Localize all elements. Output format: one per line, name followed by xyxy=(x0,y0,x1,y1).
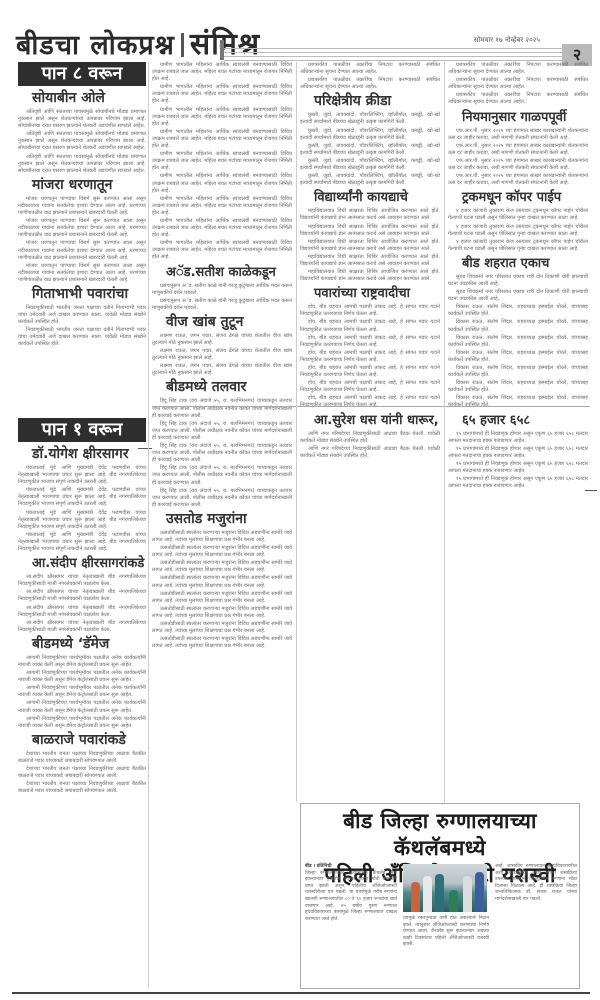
story-body: हिंदू सिंह टाक (वय अंदाजे ५५, रा. बलभिमन… xyxy=(152,398,292,419)
story-body: आगामी निवडणुकीच्या पार्श्वभूमीवर पक्षाती… xyxy=(18,685,146,699)
story-headline: ट्रकमधून कॉपर पाईप xyxy=(462,189,588,206)
column-1-bottom: पान १ वरून डॉ.योगेश क्षीरसागर पंकजाताई म… xyxy=(18,418,146,988)
story-body: ग्रामीण भागातील महिलांना आर्थिक स्वावलंब… xyxy=(152,107,292,128)
photo-figure xyxy=(449,890,458,912)
feature-column-3: आहे. शासकीय रुग्णालयात हृदयविकारावरील अश… xyxy=(495,864,577,904)
story-body: विकास राऊत, संतोष शिंदार, शहराध्यक्ष इस्… xyxy=(448,395,588,409)
feature-text: त्यामुळे रक्तपुरवठा कमी होत असल्याचे निद… xyxy=(403,916,489,949)
story-body: हिंदू सिंह टाक (वय अंदाजे ५५, रा. बलभिमन… xyxy=(152,488,292,509)
story-body: लक्ष्मण राऊत, जगन पवार, संजय ढेंगळे यांच… xyxy=(152,363,292,377)
story-body: ऊसतोडीसाठी स्थलांतर करणाऱ्या मजुरांना वि… xyxy=(152,606,292,620)
story-body: होय, बीड शहरात आमची पक्षाची ताकद आहे, हे… xyxy=(300,395,440,409)
story-body: प्रशासकीय पातळीवर तक्रारींचा निपटारा करण… xyxy=(448,77,588,91)
story-body: होय, बीड शहरात आमची पक्षाची ताकद आहे, हे… xyxy=(300,350,440,364)
column-2: ग्रामीण भागातील महिलांना आर्थिक स्वावलंब… xyxy=(152,62,292,992)
feature-story-box: बीड जिल्हा रुग्णालयाच्या कॅथलॅबमध्ये पहि… xyxy=(300,803,580,989)
story-body: ऊसतोडीसाठी स्थलांतर करणाऱ्या मजुरांना वि… xyxy=(152,636,292,650)
story-body: ग्रामीण भागातील महिलांना आर्थिक स्वावलंब… xyxy=(152,62,292,83)
feature-body: बीड । प्रतिनिधी जिल्हा रुग्णालयातील अत्य… xyxy=(305,864,575,982)
story-body: ग्रामीण भागातील महिलांना आर्थिक स्वावलंब… xyxy=(152,129,292,150)
story-body: पंकजाताई मुंडे आणि मुख्यमंत्री देवेंद्र … xyxy=(18,487,146,508)
story-body: प्रसंगानुरूप अॅड. सतीश काळे यांनी गरजू क… xyxy=(152,283,292,297)
story-body: सुरुड शिवकर्मा नगर परिसरात एकाच रात्री द… xyxy=(448,289,588,303)
photo-figure xyxy=(435,874,444,912)
column-rule xyxy=(296,62,297,802)
story-headline: बाळराजे पवारांकडे xyxy=(32,732,146,749)
masthead: बीडचा लोकप्रश्नसंमिश्र सोमवार १७ नोव्हें… xyxy=(12,18,592,56)
story-body: आ.संदीप क्षीरसागर यांच्या नेतृत्वाखाली ब… xyxy=(18,605,146,619)
story-body: आ.संदीप क्षीरसागर यांच्या नेतृत्वाखाली ब… xyxy=(18,589,146,603)
story-body: १५ प्रभागांमध्ये ही निवडणूक होणार असून ए… xyxy=(448,476,588,490)
story-body: आणि नगर परिषदेच्या निवडणुकीसाठी आढावा बै… xyxy=(300,446,440,460)
story-body: एफ.आर.पी. नुसार २०२५ च्या हंगामात साखर क… xyxy=(448,143,588,157)
story-headline: मांजरा धरणातून xyxy=(32,177,146,194)
story-body: विकास राऊत, संतोष शिंदार, शहराध्यक्ष इस्… xyxy=(448,350,588,364)
story-body: होय, बीड शहरात आमची पक्षाची ताकद आहे, हे… xyxy=(300,304,440,318)
story-body: पंकजाताई मुंडे आणि मुख्यमंत्री देवेंद्र … xyxy=(18,510,146,531)
story-headline: अॅड.सतीश काळेकडून xyxy=(166,264,292,281)
column-rule xyxy=(444,62,445,802)
story-headline: विद्यार्थ्यांनी कायद्याचे xyxy=(314,189,440,206)
story-body: विकास राऊत, संतोष शिंदार, शहराध्यक्ष इस्… xyxy=(448,380,588,394)
feature-column-1: बीड । प्रतिनिधी जिल्हा रुग्णालयातील अत्य… xyxy=(305,864,397,923)
story-body: ग्रामीण भागातील महिलांना आर्थिक स्वावलंब… xyxy=(152,173,292,194)
story-body: महाविद्यालयात विधी साक्षरता शिबिर आयोजित… xyxy=(300,208,440,222)
story-body: आगामी निवडणुकीच्या पार्श्वभूमीवर पक्षाती… xyxy=(18,700,146,714)
story-body: प्रशासकीय पातळीवर तक्रारींचा निपटारा करण… xyxy=(448,62,588,76)
story-headline: गिताभाभी पवारांचा xyxy=(32,286,146,303)
story-body: देशाच्या भारतीय जनता पक्षाच्या निवडणुकीच… xyxy=(18,766,146,780)
column-rule xyxy=(148,62,149,988)
story-body: प्रशासकीय पातळीवर तक्रारींचा निपटारा करण… xyxy=(448,92,588,106)
story-body: एफ.आर.पी. नुसार २०२५ च्या हंगामात साखर क… xyxy=(448,158,588,172)
column-4: प्रशासकीय पातळीवर तक्रारींचा निपटारा करण… xyxy=(448,62,588,802)
column-divider-short xyxy=(138,448,152,449)
story-body: होय, बीड शहरात आमची पक्षाची ताकद आहे, हे… xyxy=(300,380,440,394)
continued-banner-page1: पान १ वरून xyxy=(18,418,146,442)
issue-date: सोमवार १७ नोव्हेंबर २०२५ xyxy=(474,36,540,45)
story-body: होय, बीड शहरात आमची पक्षाची ताकद आहे, हे… xyxy=(300,335,440,349)
feature-headline-line1: बीड जिल्हा रुग्णालयाच्या कॅथलॅबमध्ये xyxy=(301,808,579,862)
story-body: विकास राऊत, संतोष शिंदार, शहराध्यक्ष इस्… xyxy=(448,335,588,349)
story-body: प्रशासकीय पातळीवर तक्रारींचा निपटारा करण… xyxy=(300,77,440,91)
story-body: ऊसतोडीसाठी स्थलांतर करणाऱ्या मजुरांना वि… xyxy=(152,560,292,574)
story-headline: आ.सुरेश धस यांनी धारूर, xyxy=(314,412,440,429)
story-body: ग्रामीण भागातील महिलांना आर्थिक स्वावलंब… xyxy=(152,218,292,239)
story-body: महाविद्यालयात विधी साक्षरता शिबिर आयोजित… xyxy=(300,269,440,283)
story-headline: परिक्षेत्रीय क्रीडा xyxy=(314,93,440,110)
story-body: लक्ष्मण राऊत, जगन पवार, संजय ढेंगळे यांच… xyxy=(152,333,292,347)
story-body: आ.संदीप क्षीरसागर यांच्या नेतृत्वाखाली ब… xyxy=(18,574,146,588)
story-body: देशाच्या भारतीय जनता पक्षाच्या निवडणुकीच… xyxy=(18,751,146,765)
story-body: निवडणुकीसाठी भारतीय जनता पक्षाच्या वतीने… xyxy=(18,305,146,326)
photo-figure xyxy=(411,882,420,912)
story-body: मांजरा धरणातून पाण्याचा विसर्ग सुरू करण्… xyxy=(18,240,146,261)
story-body: महाविद्यालयात विधी साक्षरता शिबिर आयोजित… xyxy=(300,224,440,238)
feature-column-2: त्यामुळे रक्तपुरवठा कमी होत असल्याचे निद… xyxy=(403,916,489,949)
story-body: ग्रामीण भागातील महिलांना आर्थिक स्वावलंब… xyxy=(152,196,292,217)
story-body: विकास राऊत, संतोष शिंदार, शहराध्यक्ष इस्… xyxy=(448,319,588,333)
story-body: आगामी निवडणुकीच्या पार्श्वभूमीवर पक्षाती… xyxy=(18,670,146,684)
story-body: ऊसतोडीसाठी स्थलांतर करणाऱ्या मजुरांना वि… xyxy=(152,621,292,635)
story-body: हिंदू सिंह टाक (वय अंदाजे ५५, रा. बलभिमन… xyxy=(152,465,292,486)
story-body: कुस्ती, जुडो, तायक्वांदो, पॉवरलिफ्टिंग, … xyxy=(300,173,440,187)
story-body: प्रशासकीय पातळीवर तक्रारींचा निपटारा करण… xyxy=(300,62,440,76)
story-body: विकास राऊत, संतोष शिंदार, शहराध्यक्ष इस्… xyxy=(448,304,588,318)
section-divider xyxy=(152,406,590,407)
story-headline: डॉ.योगेश क्षीरसागर xyxy=(32,446,146,463)
story-body: आणि नगर परिषदेच्या निवडणुकीसाठी आढावा बै… xyxy=(300,431,440,445)
newspaper-name: बीडचा लोकप्रश्न xyxy=(16,30,175,61)
story-body: ग्रामीण भागातील महिलांना आर्थिक स्वावलंब… xyxy=(152,84,292,105)
story-body: होय, बीड शहरात आमची पक्षाची ताकद आहे, हे… xyxy=(300,319,440,333)
story-body: होय, बीड शहरात आमची पक्षाची ताकद आहे, हे… xyxy=(300,365,440,379)
page-bottom-rule xyxy=(12,992,590,994)
story-body: एफ.आर.पी. नुसार २०२५ च्या हंगामात साखर क… xyxy=(448,173,588,187)
story-body: महाविद्यालयात विधी साक्षरता शिबिर आयोजित… xyxy=(300,254,440,268)
story-body: ग्रामीण भागातील महिलांना आर्थिक स्वावलंब… xyxy=(152,151,292,172)
story-headline: वीज खांब तुटून xyxy=(166,314,292,331)
story-body: ग्रामीण भागातील महिलांना आर्थिक स्वावलंब… xyxy=(152,240,292,261)
story-body: ऊसतोडीसाठी स्थलांतर करणाऱ्या मजुरांना वि… xyxy=(152,530,292,544)
hospital-team-photo xyxy=(403,864,487,912)
photo-figure xyxy=(463,876,472,912)
story-body: हिंदू सिंह टाक (वय अंदाजे ५५, रा. बलभिमन… xyxy=(152,421,292,442)
story-headline: पवारांच्या राष्ट्रवादीचा xyxy=(314,285,440,302)
photo-figure xyxy=(423,876,432,912)
story-body: आगामी निवडणुकीच्या पार्श्वभूमीवर पक्षाती… xyxy=(18,655,146,669)
story-body: अतिवृष्टी आणि सततच्या पावसामुळे सोयाबीनच… xyxy=(18,109,146,130)
story-body: निवडणुकीसाठी भारतीय जनता पक्षाच्या वतीने… xyxy=(18,327,146,348)
story-body: आ.संदीप क्षीरसागर यांच्या नेतृत्वाखाली ब… xyxy=(18,620,146,634)
story-body: अतिवृष्टी आणि सततच्या पावसामुळे सोयाबीनच… xyxy=(18,131,146,152)
story-headline: उसतोड मजुरांना xyxy=(166,511,292,528)
masthead-rules xyxy=(224,48,592,62)
column-divider-short xyxy=(585,490,597,491)
story-headline: बीडमध्ये ‘डॅमेज xyxy=(32,636,146,653)
story-body: लक्ष्मण राऊत, जगन पवार, संजय ढेंगळे यांच… xyxy=(152,348,292,362)
story-headline: सोयाबीन ओले xyxy=(32,90,146,107)
photo-figure xyxy=(475,872,484,912)
story-body: ४ हजार कांजारी तुकाराम केज रस्त्यावर ट्र… xyxy=(448,224,588,238)
story-headline: नियमानुसार गाळपपूर्वी xyxy=(462,109,588,126)
story-body: पंकजाताई मुंडे आणि मुख्यमंत्री देवेंद्र … xyxy=(18,532,146,553)
story-body: ऊसतोडीसाठी स्थलांतर करणाऱ्या मजुरांना वि… xyxy=(152,575,292,589)
story-body: अतिवृष्टी आणि सततच्या पावसामुळे सोयाबीनच… xyxy=(18,154,146,175)
story-body: मांजरा धरणातून पाण्याचा विसर्ग सुरू करण्… xyxy=(18,263,146,284)
story-body: ऊसतोडीसाठी स्थलांतर करणाऱ्या मजुरांना वि… xyxy=(152,545,292,559)
story-body: हिंदू सिंह टाक (वय अंदाजे ५५, रा. बलभिमन… xyxy=(152,443,292,464)
story-body: आगामी निवडणुकीच्या पार्श्वभूमीवर पक्षाती… xyxy=(18,716,146,730)
column-1-top: पान ८ वरून सोयाबीन ओले अतिवृष्टी आणि सतत… xyxy=(18,62,146,392)
story-body: महाविद्यालयात विधी साक्षरता शिबिर आयोजित… xyxy=(300,239,440,253)
story-body: १५ प्रभागांमध्ये ही निवडणूक होणार असून ए… xyxy=(448,461,588,475)
story-body: विकास राऊत, संतोष शिंदार, शहराध्यक्ष इस्… xyxy=(448,365,588,379)
story-headline: बीड शहरात एकाच xyxy=(462,255,588,272)
story-body: मांजरा धरणातून पाण्याचा विसर्ग सुरू करण्… xyxy=(18,218,146,239)
story-body: प्रसंगानुरूप अॅड. सतीश काळे यांनी गरजू क… xyxy=(152,298,292,312)
story-headline: आ.संदीप क्षीरसागरांकडे xyxy=(32,555,146,572)
continued-banner-page8: पान ८ वरून xyxy=(18,62,146,86)
story-body: एफ.आर.पी. नुसार २०२५ च्या हंगामात साखर क… xyxy=(448,128,588,142)
story-body: देशाच्या भारतीय जनता पक्षाच्या निवडणुकीच… xyxy=(18,781,146,795)
story-body: कुस्ती, जुडो, तायक्वांदो, पॉवरलिफ्टिंग, … xyxy=(300,158,440,172)
story-body: ऊसतोडीसाठी स्थलांतर करणाऱ्या मजुरांना वि… xyxy=(152,591,292,605)
feature-text: जिल्हा रुग्णालयातील अत्याधुनिक कॅथलॅब सु… xyxy=(305,871,397,924)
story-body: ४ हजार कांजारी तुकाराम केज रस्त्यावर ट्र… xyxy=(448,208,588,222)
story-body: कुस्ती, जुडो, तायक्वांदो, पॉवरलिफ्टिंग, … xyxy=(300,128,440,142)
feature-text: आहे. शासकीय रुग्णालयात हृदयविकारावरील अश… xyxy=(495,864,577,904)
masthead-divider xyxy=(181,33,184,57)
story-headline: ६५ हजार ६५८ xyxy=(462,412,588,429)
column-3: प्रशासकीय पातळीवर तक्रारींचा निपटारा करण… xyxy=(300,62,440,802)
story-body: मांजरा धरणातून पाण्याचा विसर्ग सुरू करण्… xyxy=(18,196,146,217)
story-headline: बीडमध्ये तलवार xyxy=(166,379,292,396)
dateline: बीड । प्रतिनिधी xyxy=(305,864,397,871)
story-body: कुस्ती, जुडो, तायक्वांदो, पॉवरलिफ्टिंग, … xyxy=(300,112,440,126)
story-body: ४ हजार कांजारी तुकाराम केज रस्त्यावर ट्र… xyxy=(448,239,588,253)
story-body: १५ प्रभागांमध्ये ही निवडणूक होणार असून ए… xyxy=(448,431,588,445)
story-body: १५ प्रभागांमध्ये ही निवडणूक होणार असून ए… xyxy=(448,446,588,460)
story-body: कुस्ती, जुडो, तायक्वांदो, पॉवरलिफ्टिंग, … xyxy=(300,143,440,157)
story-body: पंकजाताई मुंडे आणि मुख्यमंत्री देवेंद्र … xyxy=(18,465,146,486)
story-body: सुरुड शिवकर्मा नगर परिसरात एकाच रात्री द… xyxy=(448,274,588,288)
